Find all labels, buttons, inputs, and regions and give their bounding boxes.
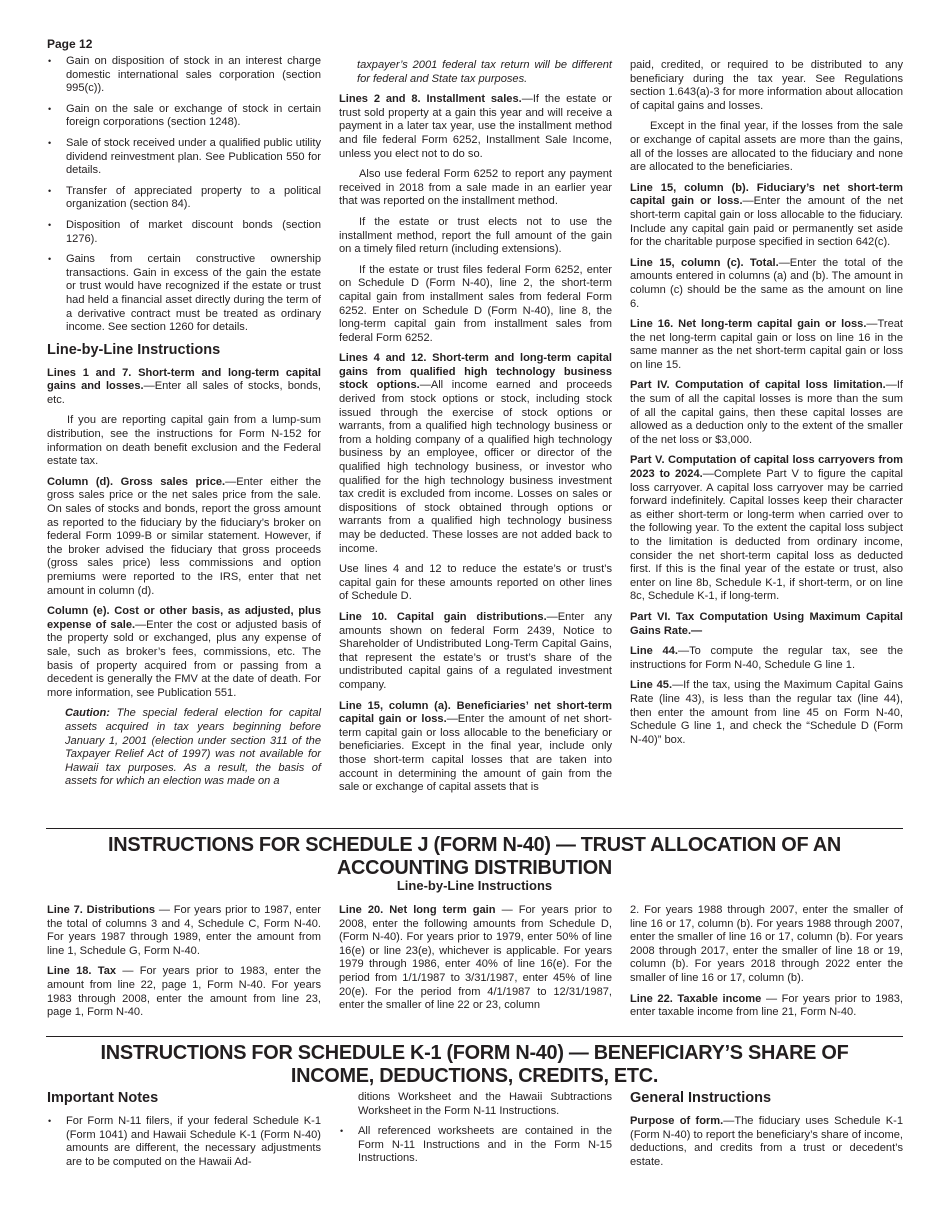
caution-note: Caution: The special federal election fo…	[47, 707, 321, 789]
paragraph-column-d: Column (d). Gross sales price.—Enter eit…	[47, 476, 321, 598]
paragraph-elect-not: If the estate or trust elects not to use…	[339, 216, 612, 257]
paragraph-title: Line 45.	[630, 679, 672, 691]
caution-label: Caution:	[65, 707, 110, 719]
list-item: Gain on disposition of stock in an inter…	[47, 55, 321, 96]
paragraph-form-6252: Also use federal Form 6252 to report any…	[339, 168, 612, 209]
paragraph-title: Line 16. Net long-term capital gain or l…	[630, 318, 866, 330]
column-3: paid, credited, or required to be distri…	[630, 59, 903, 754]
schedule-k1-column-2: ditions Worksheet and the Hawaii Subtrac…	[339, 1091, 612, 1173]
schedule-j-subtitle: Line-by-Line Instructions	[46, 879, 903, 893]
important-notes-list-continued: All referenced worksheets are contained …	[339, 1125, 612, 1166]
paragraph-line-16: Line 16. Net long-term capital gain or l…	[630, 318, 903, 372]
paragraph-lines-1-7: Lines 1 and 7. Short-term and long-term …	[47, 367, 321, 408]
paragraph-line-20: Line 20. Net long term gain — For years …	[339, 904, 612, 1013]
schedule-k1-column-3: General Instructions Purpose of form.—Th…	[630, 1090, 903, 1176]
column-2: taxpayer’s 2001 federal tax return will …	[339, 59, 612, 802]
paragraph-line-20-continued: 2. For years 1988 through 2007, enter th…	[630, 904, 903, 986]
paragraph-line-15a: Line 15, column (a). Beneficiaries’ net …	[339, 700, 612, 795]
paragraph-line-44: Line 44.—To compute the regular tax, see…	[630, 645, 903, 672]
page-number: Page 12	[47, 38, 92, 52]
paragraph-line-18: Line 18. Tax — For years prior to 1983, …	[47, 965, 321, 1019]
taxable-gains-list: Gain on disposition of stock in an inter…	[47, 55, 321, 335]
paragraph-title: Part VI. Tax Computation Using Maximum C…	[630, 611, 903, 637]
paragraph-part-iv: Part IV. Computation of capital loss lim…	[630, 379, 903, 447]
list-item: Transfer of appreciated property to a po…	[47, 185, 321, 212]
column-1: Gain on disposition of stock in an inter…	[47, 55, 321, 796]
schedule-k1-column-1: Important Notes For Form N-11 filers, if…	[47, 1090, 321, 1176]
paragraph-line-22: Line 22. Taxable income — For years prio…	[630, 993, 903, 1020]
schedule-j-column-2: Line 20. Net long term gain — For years …	[339, 904, 612, 1020]
paragraph-title: Line 10. Capital gain distributions.	[339, 611, 547, 623]
paragraph-title: Line 18. Tax	[47, 965, 116, 977]
paragraph-line-15c: Line 15, column (c). Total.—Enter the to…	[630, 257, 903, 311]
paragraph-title: Purpose of form.	[630, 1115, 723, 1127]
paragraph-line-10: Line 10. Capital gain distributions.—Ent…	[339, 611, 612, 693]
list-item: For Form N-11 filers, if your federal Sc…	[47, 1115, 321, 1169]
paragraph-title: Lines 2 and 8. Installment sales.	[339, 93, 522, 105]
paragraph-title: Line 15, column (c). Total.	[630, 257, 779, 269]
paragraph-title: Line 7. Distributions	[47, 904, 155, 916]
paragraph-lines-2-8: Lines 2 and 8. Installment sales.—If the…	[339, 93, 612, 161]
paragraph-use-lines: Use lines 4 and 12 to reduce the estate’…	[339, 563, 612, 604]
list-item: Sale of stock received under a qualified…	[47, 137, 321, 178]
paragraph-purpose-of-form: Purpose of form.—The fiduciary uses Sche…	[630, 1115, 903, 1169]
important-notes-list: For Form N-11 filers, if your federal Sc…	[47, 1115, 321, 1169]
paragraph-title: Part IV. Computation of capital loss lim…	[630, 379, 886, 391]
schedule-j-column-3: 2. For years 1988 through 2007, enter th…	[630, 904, 903, 1027]
schedule-j-column-1: Line 7. Distributions — For years prior …	[47, 904, 321, 1027]
list-item: All referenced worksheets are contained …	[339, 1125, 612, 1166]
paragraph-column-e: Column (e). Cost or other basis, as adju…	[47, 605, 321, 700]
schedule-j-title: INSTRUCTIONS FOR SCHEDULE J (FORM N-40) …	[59, 833, 890, 879]
section-heading-line-by-line: Line-by-Line Instructions	[47, 342, 321, 359]
note-continued: ditions Worksheet and the Hawaii Subtrac…	[339, 1091, 612, 1118]
paragraph-part-v: Part V. Computation of capital loss carr…	[630, 454, 903, 604]
paragraph-title: Line 20. Net long term gain	[339, 904, 496, 916]
paragraph-files-6252: If the estate or trust files federal For…	[339, 264, 612, 346]
paragraph-line-45: Line 45.—If the tax, using the Maximum C…	[630, 679, 903, 747]
paragraph-line-15b: Line 15, column (b). Fiduciary’s net sho…	[630, 182, 903, 250]
list-item: Gain on the sale or exchange of stock in…	[47, 103, 321, 130]
paragraph-part-vi: Part VI. Tax Computation Using Maximum C…	[630, 611, 903, 638]
paragraph-title: Line 44.	[630, 645, 678, 657]
section-divider	[46, 1036, 903, 1037]
paragraph-line-15a-continued: paid, credited, or required to be distri…	[630, 59, 903, 113]
paragraph-lump-sum: If you are reporting capital gain from a…	[47, 414, 321, 468]
paragraph-title: Line 22. Taxable income	[630, 993, 761, 1005]
paragraph-line-7: Line 7. Distributions — For years prior …	[47, 904, 321, 958]
general-instructions-heading: General Instructions	[630, 1090, 903, 1107]
paragraph-lines-4-12: Lines 4 and 12. Short-term and long-term…	[339, 352, 612, 556]
schedule-k1-title: INSTRUCTIONS FOR SCHEDULE K-1 (FORM N-40…	[59, 1041, 890, 1087]
section-divider	[46, 828, 903, 829]
important-notes-heading: Important Notes	[47, 1090, 321, 1107]
caution-note-continued: taxpayer’s 2001 federal tax return will …	[339, 59, 612, 86]
list-item: Gains from certain constructive ownershi…	[47, 253, 321, 335]
list-item: Disposition of market discount bonds (se…	[47, 219, 321, 246]
paragraph-final-year: Except in the final year, if the losses …	[630, 120, 903, 174]
paragraph-title: Column (d). Gross sales price.	[47, 476, 225, 488]
